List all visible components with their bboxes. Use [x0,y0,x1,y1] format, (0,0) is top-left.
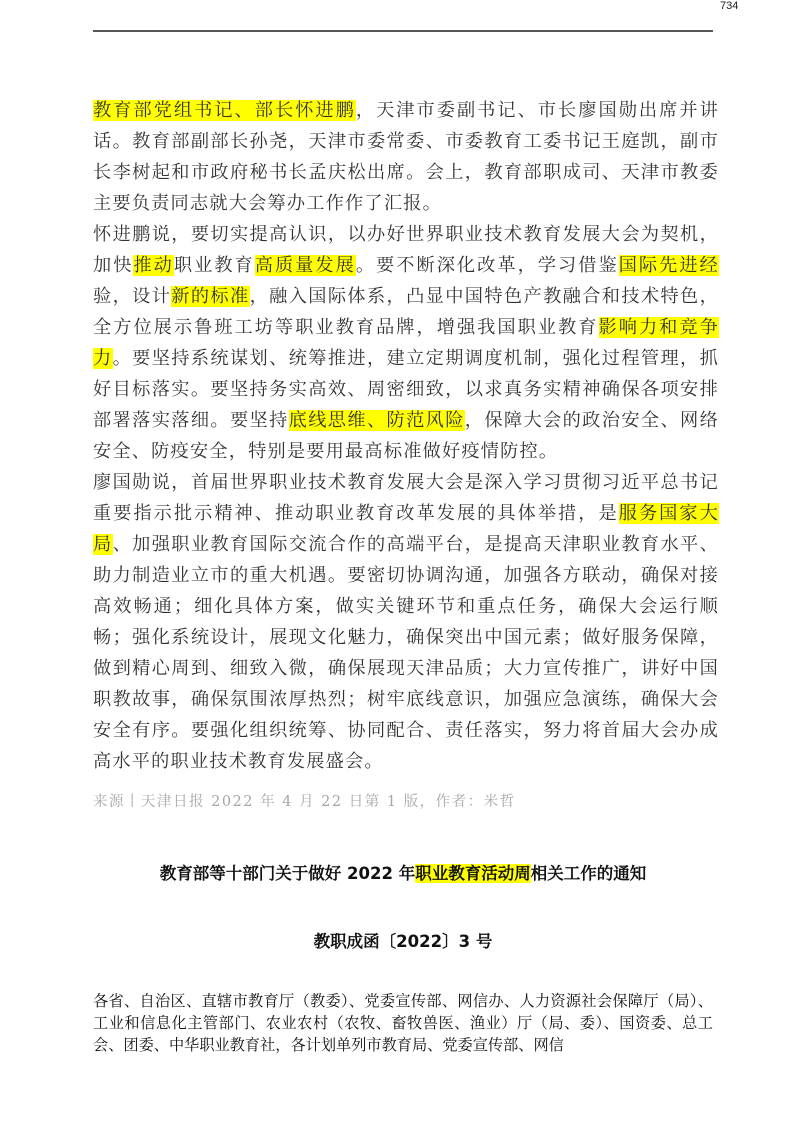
title-segment: 教育部等十部门关于做好 2022 年 [160,864,415,883]
text-segment: 职业教育 [174,255,255,276]
notice-title: 教育部等十部门关于做好 2022 年职业教育活动周相关工作的通知 [93,860,713,884]
text-segment: 验，设计 [93,286,171,307]
text-segment: 、加强职业教育国际交流合作的高端平台，是提高天津职业教育水平、助力制造业立市的重… [93,534,719,772]
article-body: 教育部党组书记、部长怀进鹏，天津市委副书记、市长廖国勋出席并讲话。教育部副部长孙… [93,95,719,777]
paragraph-1: 教育部党组书记、部长怀进鹏，天津市委副书记、市长廖国勋出席并讲话。教育部副部长孙… [93,95,719,219]
source-citation: 来源丨天津日报 2022 年 4 月 22 日第 1 版，作者：米哲 [93,790,713,811]
text-segment: 国际先进经 [619,255,719,276]
document-number: 教职成函〔2022〕3 号 [93,928,713,952]
text-segment: 。要不断深化改革，学习借鉴 [356,255,619,276]
notice-recipients: 各省、自治区、直辖市教育厅（教委）、党委宣传部、网信办、人力资源社会保障厅（局）… [93,990,713,1056]
title-segment: 职业教育活动周 [415,864,531,883]
paragraph-2: 怀进鹏说，要切实提高认识，以办好世界职业技术教育发展大会为契机，加快推动职业教育… [93,219,719,467]
title-segment: 相关工作的通知 [531,864,647,883]
text-segment: 新的标准 [171,286,249,307]
text-segment: 教育部党组书记、部长怀进鹏 [93,100,356,121]
text-segment: 底线思维、防范风险 [289,410,465,431]
text-segment: 推动 [133,255,173,276]
text-segment: 高质量发展 [255,255,356,276]
page-number: 734 [720,0,760,12]
paragraph-3: 廖国勋说，首届世界职业技术教育发展大会是深入学习贯彻习近平总书记重要指示批示精神… [93,467,719,777]
header-rule [93,30,713,32]
